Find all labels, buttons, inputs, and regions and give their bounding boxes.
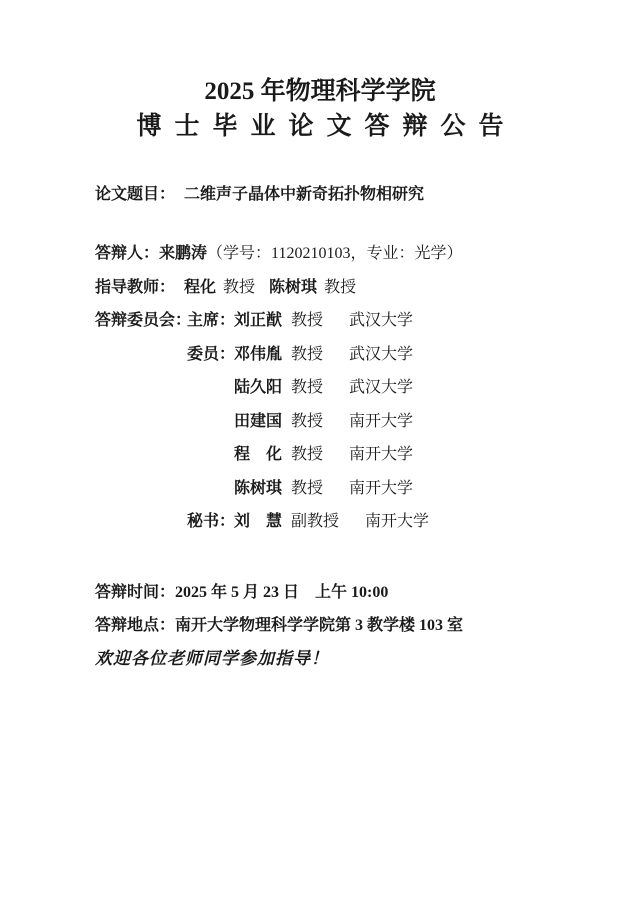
member-affiliation: 南开大学	[349, 438, 413, 472]
candidate-line: 答辩人：来鹏涛（学号：1120210103，专业：光学）	[95, 237, 545, 271]
member-name: 刘正猷	[234, 304, 291, 338]
member-affiliation: 武汉大学	[349, 304, 413, 338]
member-name: 程 化	[234, 438, 291, 472]
committee-row: 程 化 教授 南开大学	[95, 438, 545, 472]
candidate-details: （学号：1120210103，专业：光学）	[207, 245, 462, 262]
member-title: 教授	[291, 304, 349, 338]
member-role: 委员：	[187, 338, 234, 372]
member-name: 陈树琪	[234, 472, 291, 506]
member-role: 主席：	[187, 304, 234, 338]
committee-label: 答辩委员会：	[95, 304, 187, 338]
member-affiliation: 南开大学	[349, 405, 413, 439]
committee-row-secretary: 秘书： 刘 慧 副教授 南开大学	[95, 505, 545, 539]
member-title: 教授	[291, 405, 349, 439]
defense-location-value: 南开大学物理科学学院第 3 教学楼 103 室	[175, 617, 463, 634]
member-name: 刘 慧	[234, 505, 291, 539]
member-affiliation: 武汉大学	[349, 371, 413, 405]
schedule-section: 答辩时间：2025 年 5 月 23 日 上午 10:00 答辩地点：南开大学物…	[95, 576, 545, 675]
member-title: 教授	[291, 438, 349, 472]
committee-row: 陆久阳 教授 武汉大学	[95, 371, 545, 405]
candidate-name: 来鹏涛	[159, 245, 207, 262]
member-affiliation: 南开大学	[349, 472, 413, 506]
people-section: 答辩人：来鹏涛（学号：1120210103，专业：光学） 指导教师：程化教授陈树…	[95, 237, 545, 539]
thesis-title: 二维声子晶体中新奇拓扑物相研究	[184, 186, 424, 203]
member-title: 教授	[291, 472, 349, 506]
candidate-label: 答辩人：	[95, 245, 159, 262]
advisor-name: 程化	[184, 279, 216, 296]
advisors-line: 指导教师：程化教授陈树琪教授	[95, 271, 545, 305]
page-title-line1: 2025 年物理科学学院	[95, 76, 545, 108]
announcement-page: 2025 年物理科学学院 博士毕业论文答辩公告 论文题目：二维声子晶体中新奇拓扑…	[0, 0, 639, 904]
member-title: 教授	[291, 371, 349, 405]
page-title-line2: 博士毕业论文答辩公告	[95, 111, 545, 143]
welcome-note: 欢迎各位老师同学参加指导！	[95, 642, 545, 675]
committee-row: 委员： 邓伟胤 教授 武汉大学	[95, 338, 545, 372]
defense-time-value: 2025 年 5 月 23 日 上午 10:00	[175, 584, 388, 601]
member-affiliation: 南开大学	[365, 505, 429, 539]
member-name: 邓伟胤	[234, 338, 291, 372]
defense-time-label: 答辩时间：	[95, 584, 175, 601]
member-title: 教授	[291, 338, 349, 372]
committee-row: 答辩委员会： 主席： 刘正猷 教授 武汉大学	[95, 304, 545, 338]
thesis-label: 论文题目：	[95, 186, 175, 203]
member-affiliation: 武汉大学	[349, 338, 413, 372]
defense-location-label: 答辩地点：	[95, 617, 175, 634]
advisor-title: 教授	[223, 279, 255, 296]
committee-row: 陈树琪 教授 南开大学	[95, 472, 545, 506]
advisor-name: 陈树琪	[269, 279, 317, 296]
member-title: 副教授	[291, 505, 349, 539]
thesis-title-line: 论文题目：二维声子晶体中新奇拓扑物相研究	[95, 184, 545, 205]
advisors-label: 指导教师：	[95, 279, 175, 296]
advisor-title: 教授	[324, 279, 356, 296]
committee-row: 田建国 教授 南开大学	[95, 405, 545, 439]
member-name: 陆久阳	[234, 371, 291, 405]
member-role: 秘书：	[187, 505, 234, 539]
member-name: 田建国	[234, 405, 291, 439]
defense-time-line: 答辩时间：2025 年 5 月 23 日 上午 10:00	[95, 576, 545, 609]
defense-location-line: 答辩地点：南开大学物理科学学院第 3 教学楼 103 室	[95, 609, 545, 642]
